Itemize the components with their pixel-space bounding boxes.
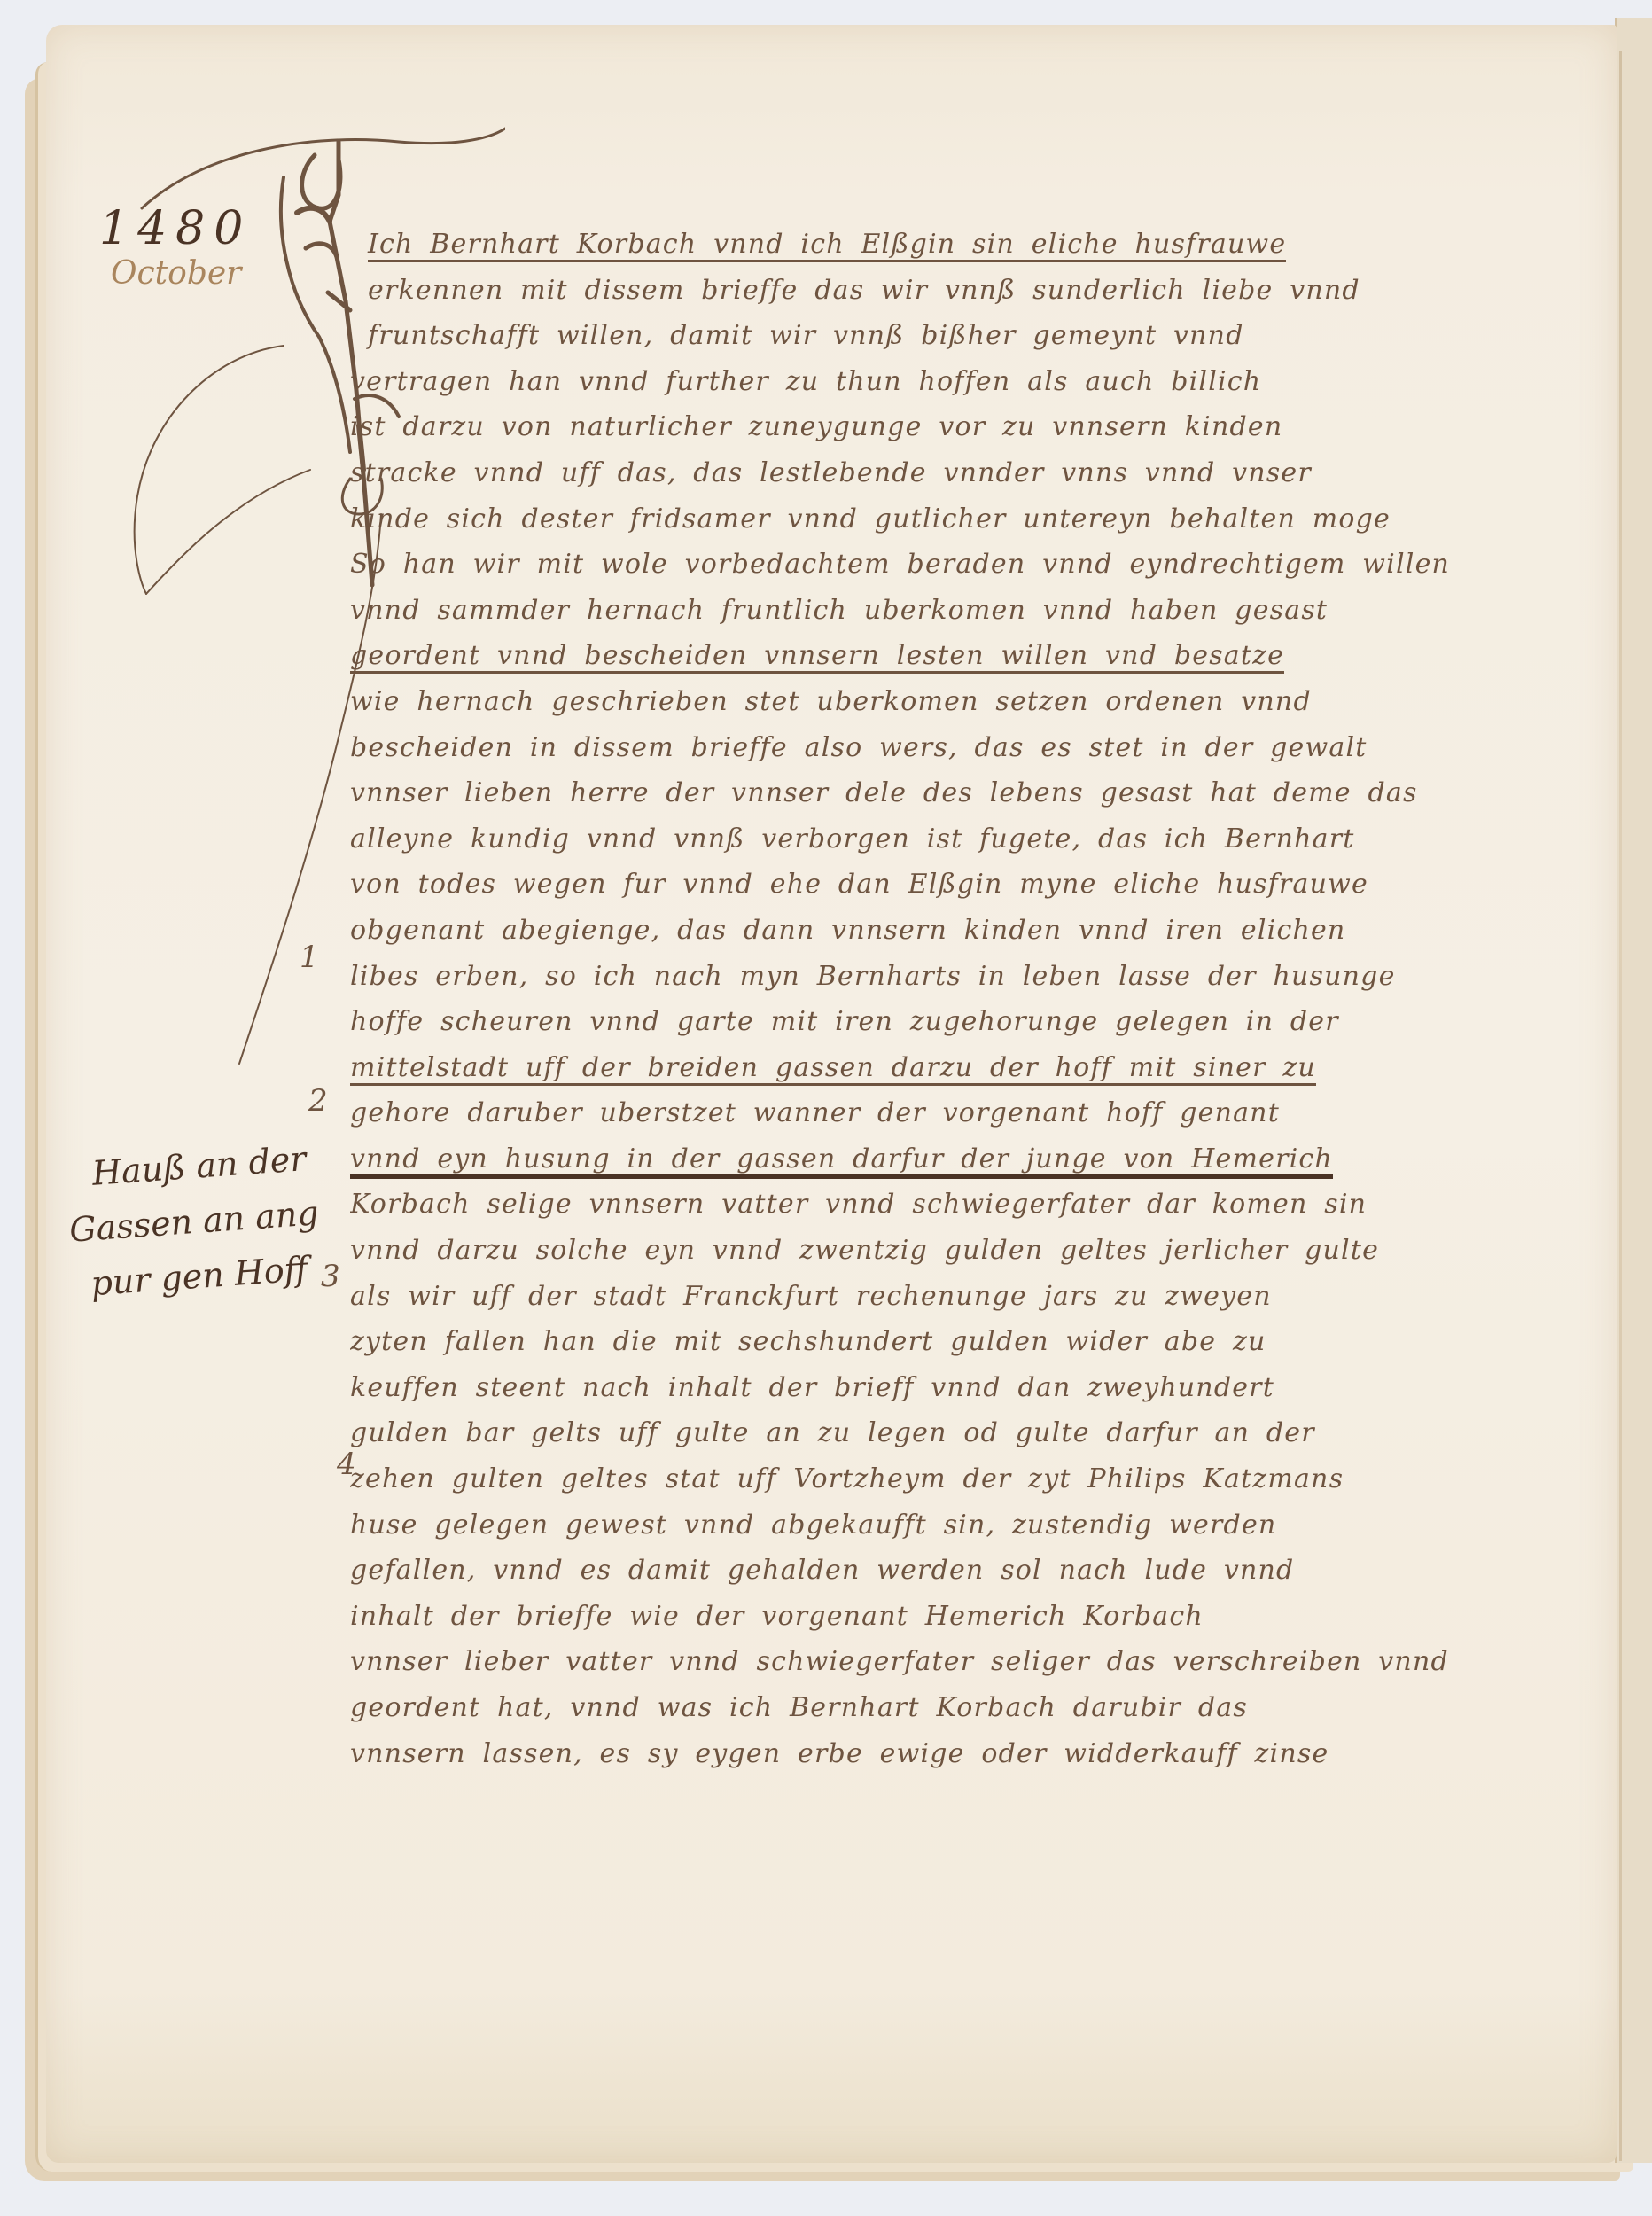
text-line: hoffe scheuren vnnd garte mit iren zugeh… — [350, 999, 1555, 1045]
text-line: geordent vnnd bescheiden vnnsern lesten … — [350, 633, 1555, 679]
text-line: vnnser lieber vatter vnnd schwiegerfater… — [350, 1639, 1555, 1685]
text-line: huse gelegen gewest vnnd abgekaufft sin,… — [350, 1502, 1555, 1549]
text-line: gehore daruber uberstzet wanner der vorg… — [350, 1090, 1555, 1136]
text-line: Korbach selige vnnsern vatter vnnd schwi… — [350, 1182, 1555, 1228]
text-line: alleyne kundig vnnd vnnß verborgen ist f… — [350, 816, 1555, 862]
text-line: keuffen steent nach inhalt der brieff vn… — [350, 1365, 1555, 1411]
text-line: von todes wegen fur vnnd ehe dan Elßgin … — [350, 862, 1555, 908]
text-line: vnnsern lassen, es sy eygen erbe ewige o… — [350, 1731, 1555, 1777]
margin-line-number-2: 2 — [308, 1083, 328, 1119]
text-line: Ich Bernhart Korbach vnnd ich Elßgin sin… — [350, 222, 1555, 268]
text-line: mittelstadt uff der breiden gassen darzu… — [350, 1045, 1555, 1091]
text-line: vnnser lieben herre der vnnser dele des … — [350, 770, 1555, 816]
text-line: inhalt der brieffe wie der vorgenant Hem… — [350, 1594, 1555, 1640]
text-line: obgenant abegienge, das dann vnnsern kin… — [350, 908, 1555, 954]
text-line: geordent hat, vnnd was ich Bernhart Korb… — [350, 1685, 1555, 1731]
text-line: wie hernach geschrieben stet uberkomen s… — [350, 679, 1555, 725]
text-line: erkennen mit dissem brieffe das wir vnnß… — [350, 268, 1555, 314]
text-line: gefallen, vnnd es damit gehalden werden … — [350, 1548, 1555, 1594]
text-line: vnnd darzu solche eyn vnnd zwentzig guld… — [350, 1228, 1555, 1274]
margin-line-number-1: 1 — [300, 940, 319, 975]
text-line: libes erben, so ich nach myn Bernharts i… — [350, 954, 1555, 1000]
text-line: fruntschafft willen, damit wir vnnß bißh… — [350, 313, 1555, 359]
marginal-note: Hauß an der Gassen an ang pur gen Hoff — [64, 1130, 324, 1312]
page-crease — [1619, 51, 1622, 2161]
text-line: So han wir mit wole vorbedachtem beraden… — [350, 542, 1555, 588]
text-line: zyten fallen han die mit sechshundert gu… — [350, 1319, 1555, 1365]
text-line: vertragen han vnnd further zu thun hoffe… — [350, 359, 1555, 405]
manuscript-body: Ich Bernhart Korbach vnnd ich Elßgin sin… — [350, 222, 1555, 1776]
text-line: stracke vnnd uff das, das lestlebende vn… — [350, 450, 1555, 496]
text-line: bescheiden in dissem brieffe also wers, … — [350, 725, 1555, 771]
text-line: zehen gulten geltes stat uff Vortzheym d… — [350, 1456, 1555, 1502]
text-line: ist darzu von naturlicher zuneygunge vor… — [350, 404, 1555, 450]
text-line: als wir uff der stadt Franckfurt rechenu… — [350, 1274, 1555, 1320]
text-line: vnnd eyn husung in der gassen darfur der… — [350, 1136, 1555, 1182]
text-line: vnnd sammder hernach fruntlich uberkomen… — [350, 588, 1555, 634]
text-line: kinde sich dester fridsamer vnnd gutlich… — [350, 496, 1555, 542]
text-line: gulden bar gelts uff gulte an zu legen o… — [350, 1410, 1555, 1456]
